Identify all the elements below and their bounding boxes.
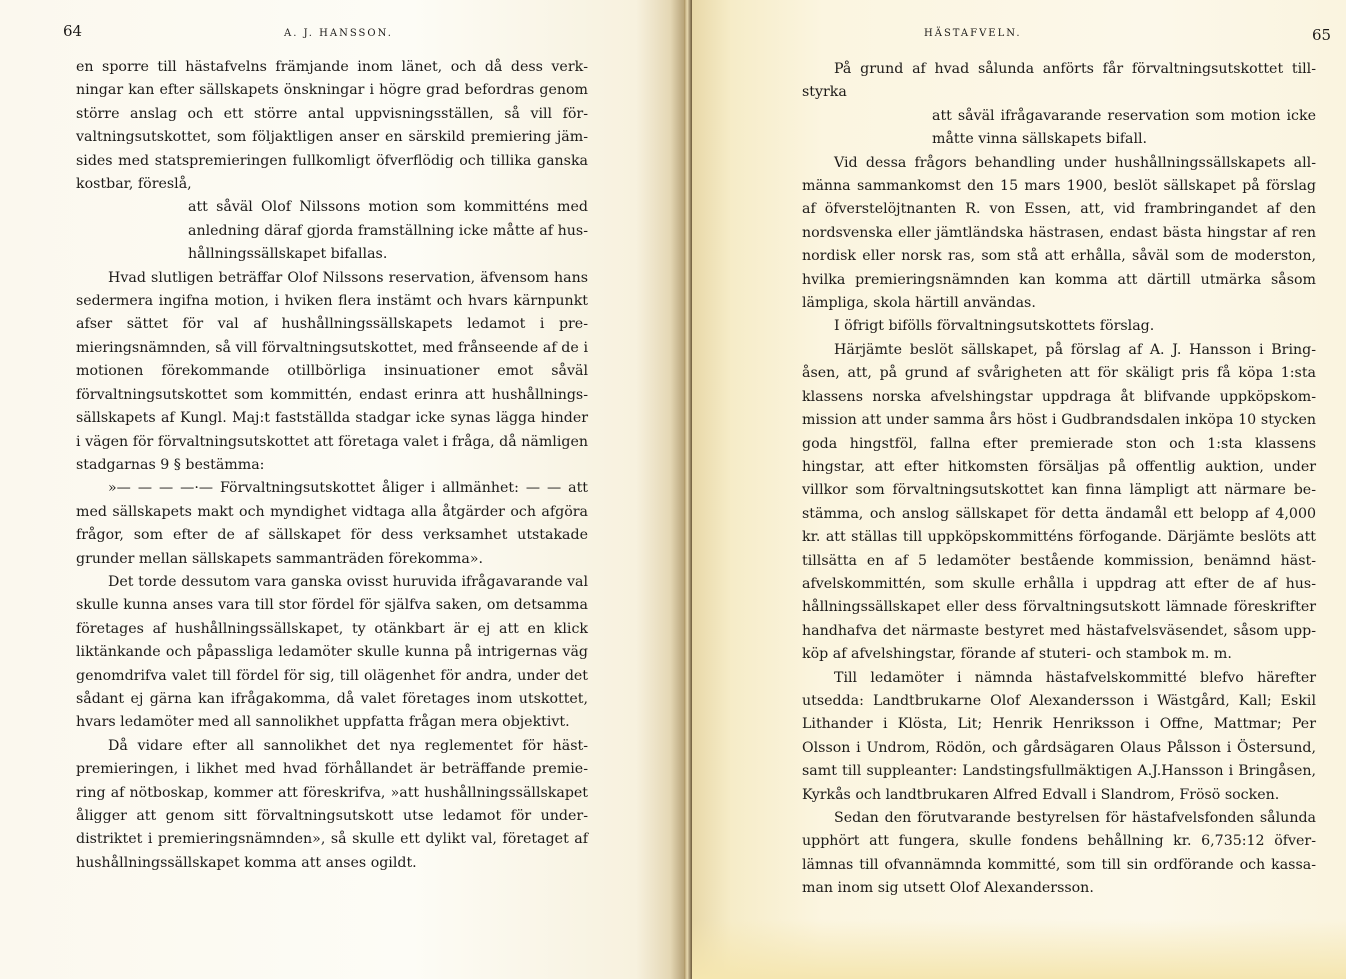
paragraph: På grund af hvad sålunda anförts får för… bbox=[802, 58, 1316, 105]
paragraph: Till ledamöter i nämnda hästafvelskommit… bbox=[802, 667, 1316, 807]
paragraph: Vid dessa frågors behandling under hushå… bbox=[802, 152, 1316, 316]
paragraph: I öfrigt bifölls förvaltningsutskottets … bbox=[802, 315, 1316, 338]
page-number: 65 bbox=[1312, 26, 1331, 44]
book-spine bbox=[684, 0, 692, 979]
paragraph: Hvad slutligen beträffar Olof Nilssons r… bbox=[76, 267, 588, 478]
quote-paragraph: »— — — —·— Förvaltningsutskottet åliger … bbox=[76, 477, 588, 571]
paragraph: en sporre till hästafvelns främjande ino… bbox=[76, 56, 588, 196]
running-head: A. J. HANSSON. bbox=[284, 28, 393, 39]
paragraph: Sedan den förutvarande bestyrelsen för h… bbox=[802, 807, 1316, 901]
left-text-block: en sporre till hästafvelns främjande ino… bbox=[76, 56, 588, 875]
proposal-paragraph: att såväl Olof Nilssons motion som kommi… bbox=[76, 196, 588, 266]
right-text-block: På grund af hvad sålunda anförts får för… bbox=[802, 58, 1316, 901]
running-head: HÄSTAFVELN. bbox=[924, 28, 1022, 39]
proposal-paragraph: att såväl ifrågavarande reservation som … bbox=[802, 105, 1316, 152]
paragraph: Då vidare efter all sannolikhet det nya … bbox=[76, 735, 588, 875]
page-number: 64 bbox=[63, 22, 82, 40]
paragraph: Det torde dessutom vara ganska ovisst hu… bbox=[76, 571, 588, 735]
book-spread: 64 A. J. HANSSON. en sporre till hästafv… bbox=[0, 0, 1346, 979]
right-page: HÄSTAFVELN. 65 På grund af hvad sålunda … bbox=[692, 0, 1346, 979]
paragraph: Härjämte beslöt sällskapet, på förslag a… bbox=[802, 339, 1316, 667]
left-page: 64 A. J. HANSSON. en sporre till hästafv… bbox=[0, 0, 684, 979]
